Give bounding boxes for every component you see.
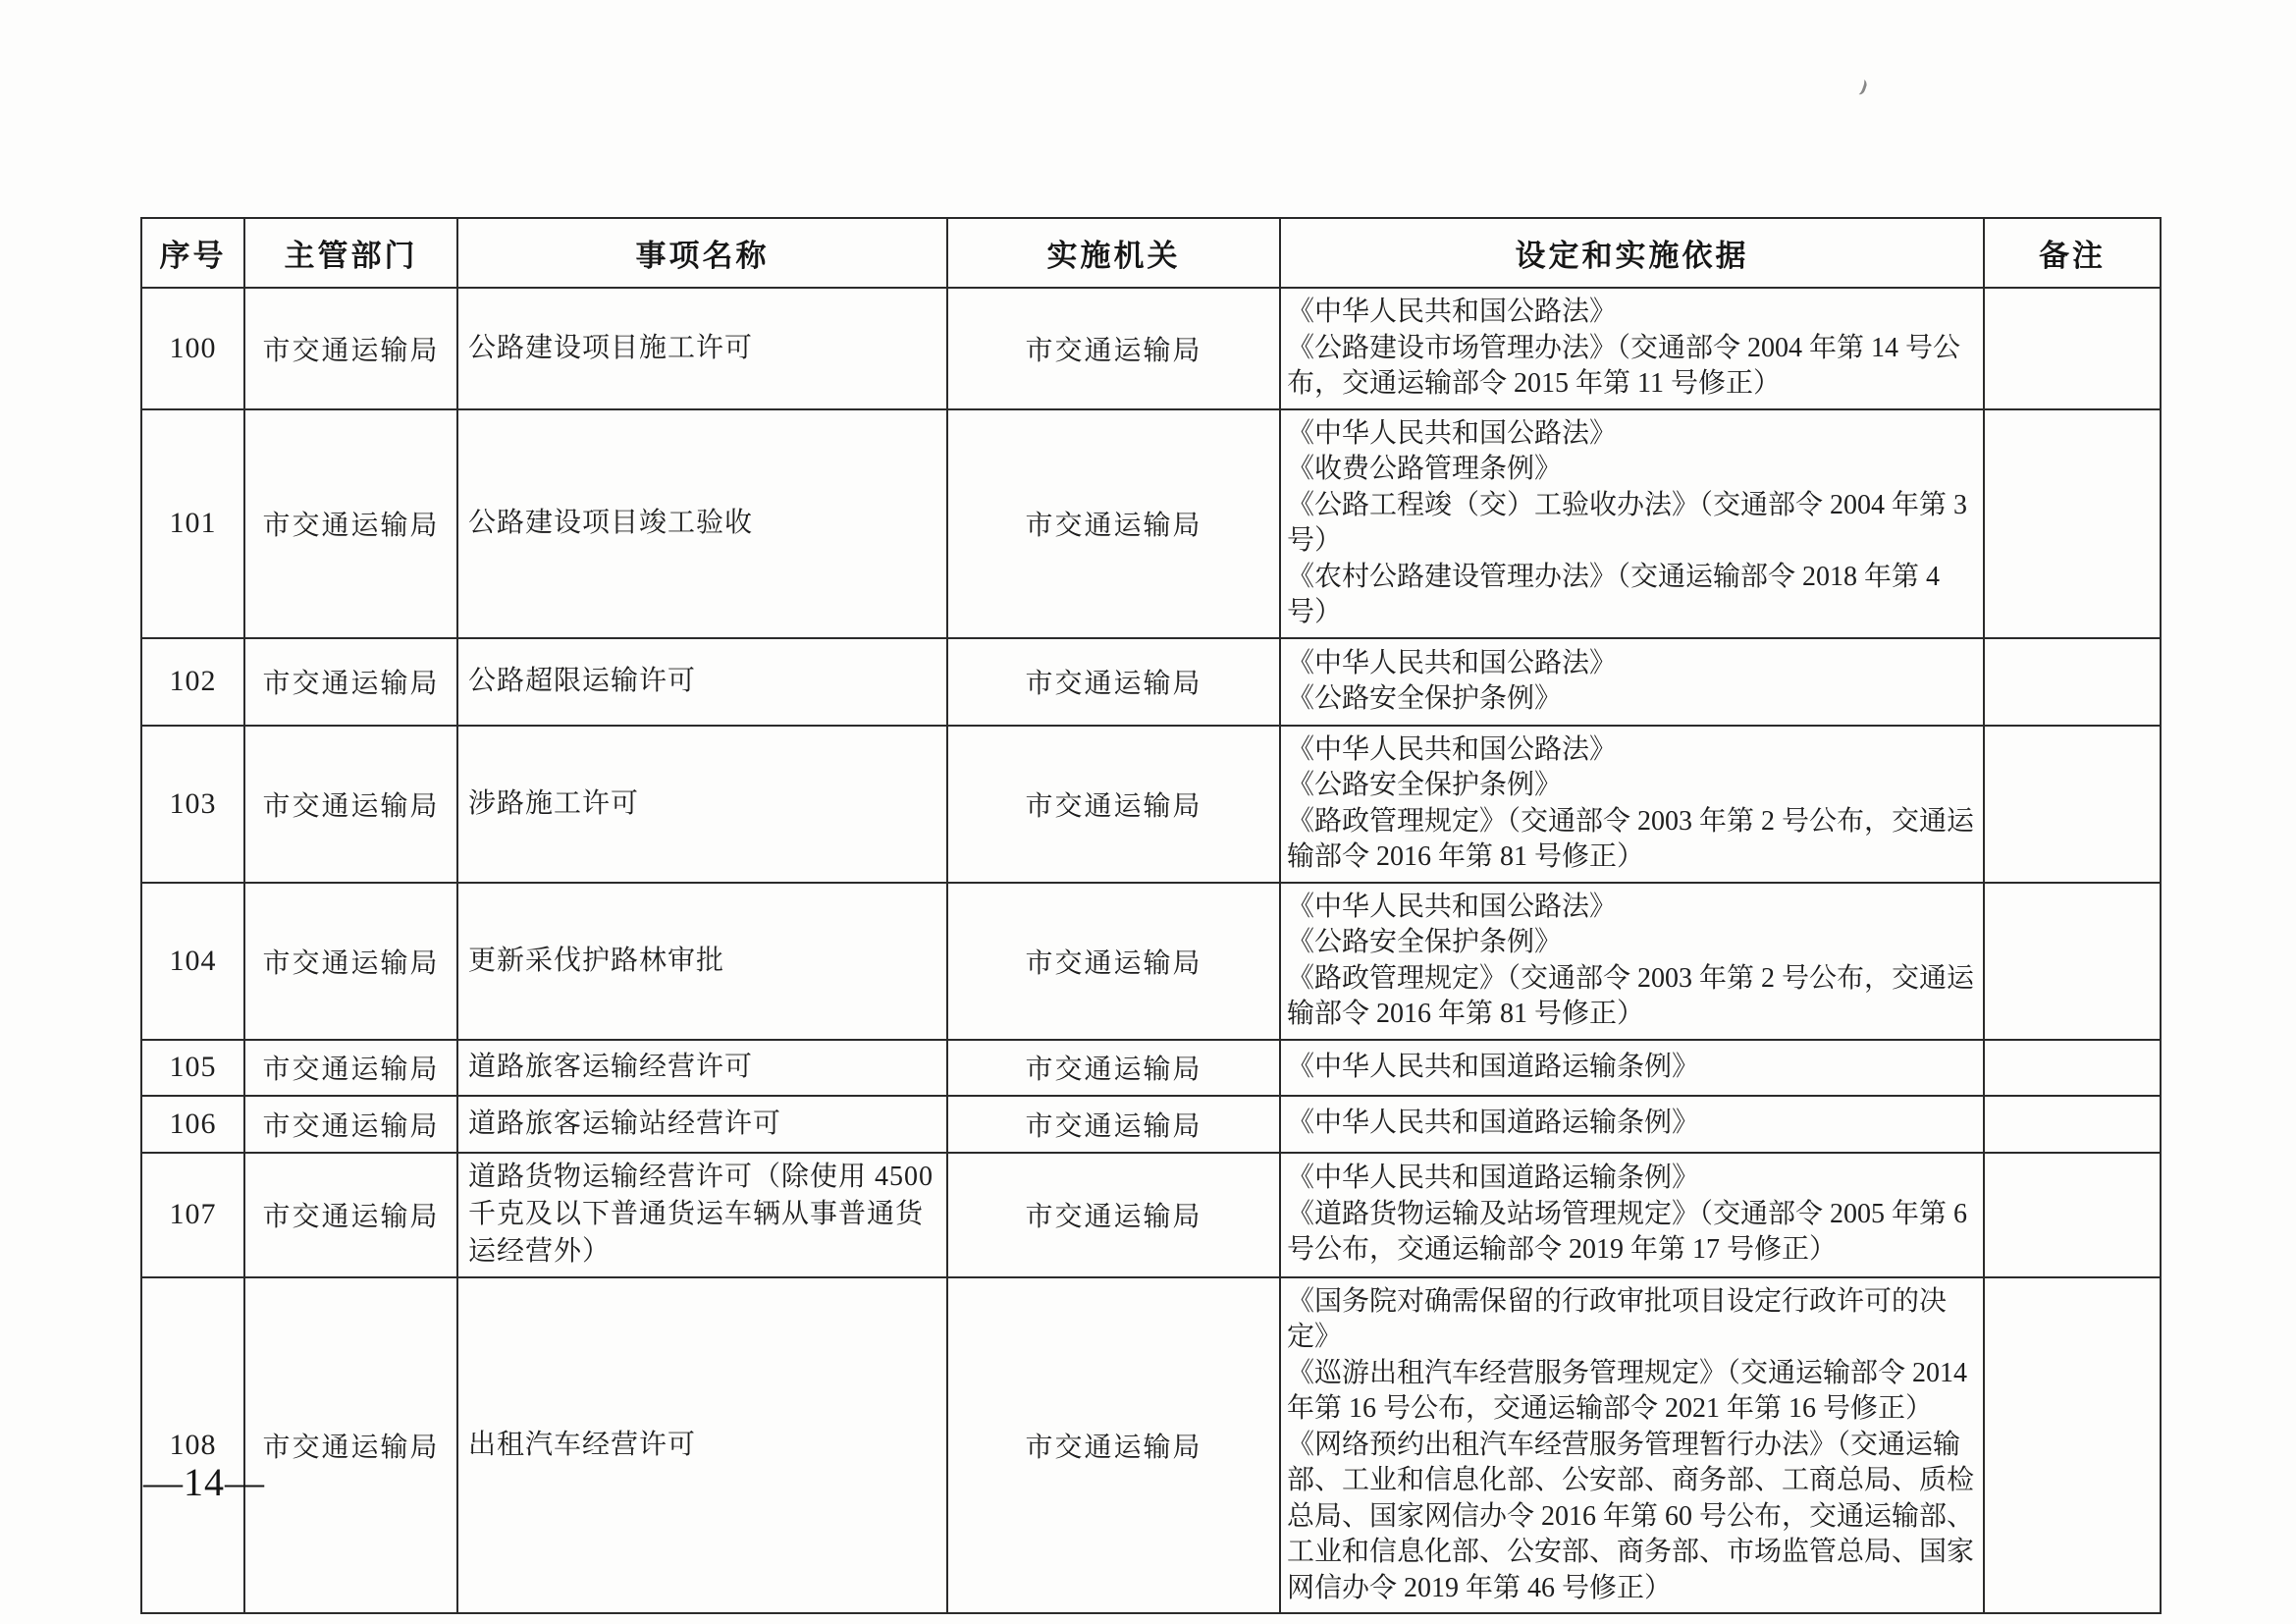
cell-remarks	[1984, 409, 2161, 638]
legal-basis-entry: 《中华人民共和国公路法》	[1287, 646, 1975, 682]
cell-implementing-agency: 市交通运输局	[947, 883, 1280, 1040]
cell-item-name: 更新采伐护路林审批	[457, 883, 947, 1040]
legal-basis-entry: 《公路安全保护条例》	[1287, 925, 1975, 961]
cell-item-name: 道路旅客运输站经营许可	[457, 1096, 947, 1153]
header-item-name: 事项名称	[457, 218, 947, 288]
cell-legal-basis: 《中华人民共和国公路法》《公路安全保护条例》	[1280, 638, 1984, 726]
cell-legal-basis: 《中华人民共和国公路法》《公路建设市场管理办法》（交通部令 2004 年第 14…	[1280, 288, 1984, 409]
cell-serial-number: 105	[141, 1040, 244, 1096]
approval-items-table: 序号 主管部门 事项名称 实施机关 设定和实施依据 备注 100市交通运输局公路…	[140, 217, 2162, 1614]
scan-artifact-mark	[1851, 77, 1869, 95]
document-page: 序号 主管部门 事项名称 实施机关 设定和实施依据 备注 100市交通运输局公路…	[0, 0, 2296, 1624]
header-competent-department: 主管部门	[244, 218, 457, 288]
cell-implementing-agency: 市交通运输局	[947, 1096, 1280, 1153]
cell-serial-number: 107	[141, 1153, 244, 1277]
cell-competent-department: 市交通运输局	[244, 1153, 457, 1277]
cell-remarks	[1984, 1040, 2161, 1096]
table-row: 103市交通运输局涉路施工许可市交通运输局《中华人民共和国公路法》《公路安全保护…	[141, 726, 2161, 883]
cell-remarks	[1984, 726, 2161, 883]
legal-basis-entry: 《中华人民共和国道路运输条例》	[1287, 1050, 1975, 1086]
legal-basis-entry: 《巡游出租汽车经营服务管理规定》（交通运输部令 2014 年第 16 号公布，交…	[1287, 1356, 1975, 1428]
header-implementing-agency: 实施机关	[947, 218, 1280, 288]
cell-implementing-agency: 市交通运输局	[947, 726, 1280, 883]
table-row: 106市交通运输局道路旅客运输站经营许可市交通运输局《中华人民共和国道路运输条例…	[141, 1096, 2161, 1153]
cell-implementing-agency: 市交通运输局	[947, 409, 1280, 638]
legal-basis-entry: 《国务院对确需保留的行政审批项目设定行政许可的决定》	[1287, 1284, 1975, 1356]
legal-basis-entry: 《中华人民共和国道路运输条例》	[1287, 1161, 1975, 1197]
cell-serial-number: 103	[141, 726, 244, 883]
legal-basis-entry: 《中华人民共和国公路法》	[1287, 416, 1975, 453]
cell-legal-basis: 《中华人民共和国公路法》《公路安全保护条例》《路政管理规定》（交通部令 2003…	[1280, 726, 1984, 883]
cell-item-name: 出租汽车经营许可	[457, 1277, 947, 1614]
table-row: 101市交通运输局公路建设项目竣工验收市交通运输局《中华人民共和国公路法》《收费…	[141, 409, 2161, 638]
cell-item-name: 涉路施工许可	[457, 726, 947, 883]
cell-competent-department: 市交通运输局	[244, 726, 457, 883]
cell-competent-department: 市交通运输局	[244, 638, 457, 726]
cell-serial-number: 101	[141, 409, 244, 638]
table-row: 100市交通运输局公路建设项目施工许可市交通运输局《中华人民共和国公路法》《公路…	[141, 288, 2161, 409]
header-remarks: 备注	[1984, 218, 2161, 288]
legal-basis-entry: 《公路工程竣（交）工验收办法》（交通部令 2004 年第 3 号）	[1287, 488, 1975, 560]
cell-remarks	[1984, 1096, 2161, 1153]
table-header: 序号 主管部门 事项名称 实施机关 设定和实施依据 备注	[141, 218, 2161, 288]
cell-remarks	[1984, 288, 2161, 409]
legal-basis-entry: 《中华人民共和国公路法》	[1287, 295, 1975, 331]
header-serial-number: 序号	[141, 218, 244, 288]
legal-basis-entry: 《公路安全保护条例》	[1287, 681, 1975, 718]
legal-basis-entry: 《收费公路管理条例》	[1287, 452, 1975, 488]
cell-competent-department: 市交通运输局	[244, 1040, 457, 1096]
cell-remarks	[1984, 883, 2161, 1040]
cell-legal-basis: 《中华人民共和国道路运输条例》	[1280, 1096, 1984, 1153]
cell-serial-number: 102	[141, 638, 244, 726]
table-row: 102市交通运输局公路超限运输许可市交通运输局《中华人民共和国公路法》《公路安全…	[141, 638, 2161, 726]
cell-item-name: 公路建设项目竣工验收	[457, 409, 947, 638]
legal-basis-entry: 《中华人民共和国公路法》	[1287, 732, 1975, 769]
cell-competent-department: 市交通运输局	[244, 1277, 457, 1614]
table-row: 108市交通运输局出租汽车经营许可市交通运输局《国务院对确需保留的行政审批项目设…	[141, 1277, 2161, 1614]
legal-basis-entry: 《路政管理规定》（交通部令 2003 年第 2 号公布，交通运输部令 2016 …	[1287, 804, 1975, 876]
cell-competent-department: 市交通运输局	[244, 1096, 457, 1153]
legal-basis-entry: 《中华人民共和国公路法》	[1287, 890, 1975, 926]
legal-basis-entry: 《道路货物运输及站场管理规定》（交通部令 2005 年第 6 号公布，交通运输部…	[1287, 1197, 1975, 1269]
cell-item-name: 道路货物运输经营许可（除使用 4500 千克及以下普通货运车辆从事普通货运经营外…	[457, 1153, 947, 1277]
cell-legal-basis: 《中华人民共和国道路运输条例》	[1280, 1040, 1984, 1096]
cell-serial-number: 106	[141, 1096, 244, 1153]
legal-basis-entry: 《农村公路建设管理办法》（交通运输部令 2018 年第 4 号）	[1287, 560, 1975, 631]
cell-implementing-agency: 市交通运输局	[947, 1277, 1280, 1614]
cell-implementing-agency: 市交通运输局	[947, 288, 1280, 409]
table-row: 105市交通运输局道路旅客运输经营许可市交通运输局《中华人民共和国道路运输条例》	[141, 1040, 2161, 1096]
cell-serial-number: 100	[141, 288, 244, 409]
cell-legal-basis: 《中华人民共和国道路运输条例》《道路货物运输及站场管理规定》（交通部令 2005…	[1280, 1153, 1984, 1277]
cell-legal-basis: 《国务院对确需保留的行政审批项目设定行政许可的决定》《巡游出租汽车经营服务管理规…	[1280, 1277, 1984, 1614]
cell-implementing-agency: 市交通运输局	[947, 1040, 1280, 1096]
cell-legal-basis: 《中华人民共和国公路法》《收费公路管理条例》《公路工程竣（交）工验收办法》（交通…	[1280, 409, 1984, 638]
cell-remarks	[1984, 1153, 2161, 1277]
cell-competent-department: 市交通运输局	[244, 409, 457, 638]
cell-implementing-agency: 市交通运输局	[947, 1153, 1280, 1277]
cell-legal-basis: 《中华人民共和国公路法》《公路安全保护条例》《路政管理规定》（交通部令 2003…	[1280, 883, 1984, 1040]
legal-basis-entry: 《公路安全保护条例》	[1287, 768, 1975, 804]
table-row: 104市交通运输局更新采伐护路林审批市交通运输局《中华人民共和国公路法》《公路安…	[141, 883, 2161, 1040]
cell-implementing-agency: 市交通运输局	[947, 638, 1280, 726]
cell-serial-number: 104	[141, 883, 244, 1040]
cell-remarks	[1984, 638, 2161, 726]
legal-basis-entry: 《网络预约出租汽车经营服务管理暂行办法》（交通运输部、工业和信息化部、公安部、商…	[1287, 1428, 1975, 1607]
header-legal-basis: 设定和实施依据	[1280, 218, 1984, 288]
cell-remarks	[1984, 1277, 2161, 1614]
cell-competent-department: 市交通运输局	[244, 288, 457, 409]
cell-item-name: 公路建设项目施工许可	[457, 288, 947, 409]
cell-competent-department: 市交通运输局	[244, 883, 457, 1040]
legal-basis-entry: 《公路建设市场管理办法》（交通部令 2004 年第 14 号公布，交通运输部令 …	[1287, 331, 1975, 403]
cell-item-name: 道路旅客运输经营许可	[457, 1040, 947, 1096]
header-row: 序号 主管部门 事项名称 实施机关 设定和实施依据 备注	[141, 218, 2161, 288]
table-row: 107市交通运输局道路货物运输经营许可（除使用 4500 千克及以下普通货运车辆…	[141, 1153, 2161, 1277]
legal-basis-entry: 《路政管理规定》（交通部令 2003 年第 2 号公布，交通运输部令 2016 …	[1287, 961, 1975, 1033]
table-body: 100市交通运输局公路建设项目施工许可市交通运输局《中华人民共和国公路法》《公路…	[141, 288, 2161, 1613]
cell-serial-number: 108	[141, 1277, 244, 1614]
cell-item-name: 公路超限运输许可	[457, 638, 947, 726]
page-number: —14—	[143, 1459, 265, 1505]
legal-basis-entry: 《中华人民共和国道路运输条例》	[1287, 1106, 1975, 1142]
